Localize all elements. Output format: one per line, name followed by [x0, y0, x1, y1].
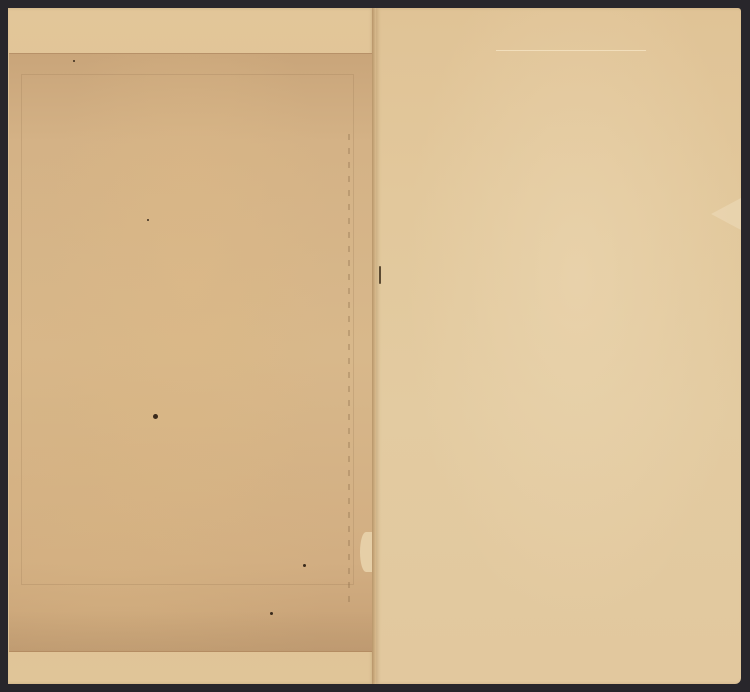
left-page-pasted-sheet	[9, 53, 372, 652]
foxing-spot	[73, 60, 75, 62]
foxing-spot	[147, 219, 149, 221]
faint-printed-frame	[21, 74, 354, 585]
right-page: Right page (blank, aged)	[376, 8, 741, 684]
right-page-label: Right page (blank, aged)	[376, 8, 377, 9]
foxing-spot	[153, 414, 158, 419]
faint-rule-line	[348, 134, 350, 604]
left-page: Left page (blank, pasted inner sheet, ag…	[8, 8, 374, 684]
foxing-spot	[270, 612, 273, 615]
edge-tear	[711, 198, 741, 230]
book-scan: Left page (blank, pasted inner sheet, ag…	[0, 0, 750, 692]
water-stain	[9, 611, 372, 651]
paper-tear	[360, 532, 372, 572]
paper-crease	[496, 50, 646, 51]
foxing-spot	[303, 564, 306, 567]
left-page-label: Left page (blank, pasted inner sheet, ag…	[8, 8, 9, 9]
binding-thread	[379, 266, 381, 284]
